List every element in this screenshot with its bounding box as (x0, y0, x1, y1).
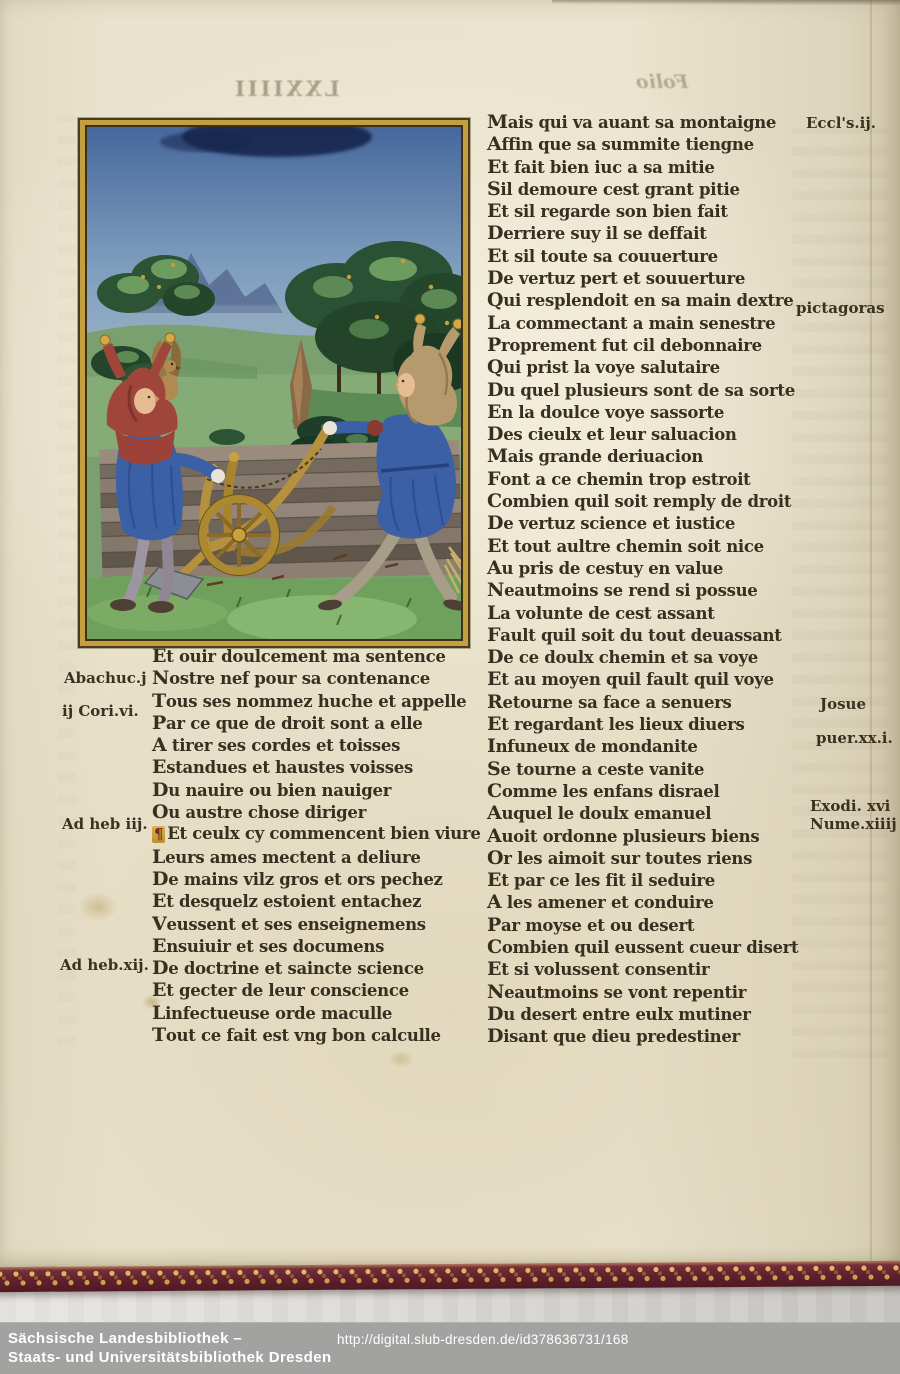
text-line: Auquel le doulx emanuel (487, 802, 799, 824)
margin-note: puer.xx.i. (816, 729, 893, 747)
text-line: Auoit ordonne plusieurs biens (487, 825, 799, 847)
margin-note: Josue (820, 695, 866, 713)
margin-note: Exodi. xvi (810, 797, 890, 815)
library-name: Sächsische Landesbibliothek – Staats- un… (8, 1329, 332, 1367)
text-line: De ce doulx chemin et sa voye (487, 646, 799, 668)
footer-bar: Sächsische Landesbibliothek – Staats- un… (0, 1322, 900, 1374)
text-line: Nostre nef pour sa contenance (152, 667, 488, 689)
text-line: A les amener et conduire (487, 891, 799, 913)
text-line: Retourne sa face a senuers (487, 691, 799, 713)
text-line: Infuneux de mondanite (487, 735, 799, 757)
text-line: Et fait bien iuc a sa mitie (487, 156, 799, 178)
miniature-frame-inner (85, 125, 463, 641)
text-line: Ensuiuir et ses documens (152, 935, 488, 957)
parchment-stain (78, 892, 118, 922)
text-line: Et ouir doulcement ma sentence (152, 645, 488, 667)
text-line: Disant que dieu predestiner (487, 1025, 799, 1047)
text-line: De vertuz pert et souuerture (487, 267, 799, 289)
margin-note: Nume.xiiij (810, 815, 897, 833)
text-line: Par moyse et ou desert (487, 914, 799, 936)
text-line: Et si volussent consentir (487, 958, 799, 980)
showthrough-texture-right (792, 128, 888, 1058)
text-line: De vertuz science et iustice (487, 512, 799, 534)
text-line: Au pris de cestuy en value (487, 557, 799, 579)
margin-note: Eccl's.ij. (806, 114, 876, 132)
parchment-stain (388, 1050, 414, 1068)
text-line: Estandues et haustes voisses (152, 756, 488, 778)
margin-note: Ad heb iij. (62, 815, 148, 833)
library-name-line2: Staats- und Universitätsbibliothek Dresd… (8, 1348, 332, 1367)
page-top-edge-shadow (552, 0, 900, 6)
margin-note: Ad heb.xij. (60, 956, 149, 974)
text-line: Et sil toute sa couuerture (487, 245, 799, 267)
text-line: Leurs ames mectent a deliure (152, 846, 488, 868)
text-line: Par ce que de droit sont a elle (152, 712, 488, 734)
text-line: De doctrine et saincte science (152, 957, 488, 979)
library-name-line1: Sächsische Landesbibliothek – (8, 1329, 332, 1348)
miniature-illustration (78, 118, 470, 648)
text-line: Qui resplendoit en sa main dextre (487, 289, 799, 311)
text-line: Combien quil soit remply de droit (487, 490, 799, 512)
text-line: Du nauire ou bien nauiger (152, 779, 488, 801)
right-text-column: Mais qui va auant sa montaigneAffin que … (487, 111, 799, 1047)
text-line: En la doulce voye sassorte (487, 401, 799, 423)
text-line: La commectant a main senestre (487, 312, 799, 334)
text-line: Sil demoure cest grant pitie (487, 178, 799, 200)
gilded-paragraph-mark: ¶ (152, 826, 165, 843)
miniature-scene (87, 127, 461, 639)
text-line: Et au moyen quil fault quil voye (487, 668, 799, 690)
text-line: Et desquelz estoient entachez (152, 890, 488, 912)
text-line: Proprement fut cil debonnaire (487, 334, 799, 356)
left-text-column: Et ouir doulcement ma sentenceNostre nef… (152, 645, 488, 1046)
text-line: Affin que sa summite tiengne (487, 133, 799, 155)
text-line: Fault quil soit du tout deuassant (487, 624, 799, 646)
margin-note: Abachuc.j (64, 669, 147, 687)
showthrough-texture-left (58, 116, 76, 1046)
text-line: Combien quil eussent cueur disert (487, 936, 799, 958)
text-line: Et regardant les lieux diuers (487, 713, 799, 735)
text-line: Tout ce fait est vng bon calculle (152, 1024, 488, 1046)
text-line: Mais grande deriuacion (487, 445, 799, 467)
text-line: Or les aimoit sur toutes riens (487, 847, 799, 869)
text-line: Linfectueuse orde maculle (152, 1002, 488, 1024)
text-line: Tous ses nommez huche et appelle (152, 690, 488, 712)
text-line: Derriere suy il se deffait (487, 222, 799, 244)
margin-note: pictagoras (796, 299, 885, 317)
text-line: Veussent et ses enseignemens (152, 913, 488, 935)
text-line: Des cieulx et leur saluacion (487, 423, 799, 445)
text-line: Se tourne a ceste vanite (487, 758, 799, 780)
text-line: ¶Et ceulx cy commencent bien viure (152, 823, 488, 845)
text-line: La volunte de cest assant (487, 602, 799, 624)
digitized-book-scan: LXXIIII Folio (0, 0, 900, 1374)
text-line: Qui prist la voye salutaire (487, 356, 799, 378)
text-line: Et tout aultre chemin soit nice (487, 535, 799, 557)
margin-note: ij Cori.vi. (62, 702, 139, 720)
text-line: De mains vilz gros et ors pechez (152, 868, 488, 890)
text-line: Neautmoins se vont repentir (487, 981, 799, 1003)
text-line: Comme les enfans disrael (487, 780, 799, 802)
book-page: LXXIIII Folio (0, 0, 900, 1268)
text-line: Font a ce chemin trop estroit (487, 468, 799, 490)
text-line: Mais qui va auant sa montaigne (487, 111, 799, 133)
text-line: Neautmoins se rend si possue (487, 579, 799, 601)
showthrough-folio-label: Folio (636, 71, 688, 93)
text-line: Du quel plusieurs sont de sa sorte (487, 379, 799, 401)
text-line: Et gecter de leur conscience (152, 979, 488, 1001)
text-line: Et sil regarde son bien fait (487, 200, 799, 222)
showthrough-page-number: LXXIIII (232, 76, 340, 101)
text-line: Et par ce les fit il seduire (487, 869, 799, 891)
text-line: A tirer ses cordes et toisses (152, 734, 488, 756)
text-line: Du desert entre eulx mutiner (487, 1003, 799, 1025)
text-line: Ou austre chose diriger (152, 801, 488, 823)
source-url: http://digital.slub-dresden.de/id3786367… (337, 1332, 629, 1347)
